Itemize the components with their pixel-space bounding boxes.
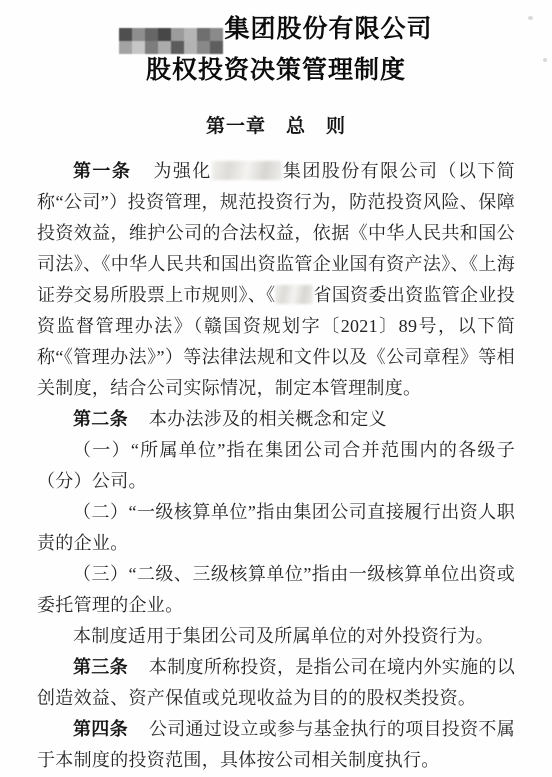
mosaic-cell [145,28,158,41]
paragraph: 第四条 公司通过设立或参与基金执行的项目投资不属于本制度的投资范围，具体按公司相… [37,714,515,776]
mosaic-cell [171,41,184,54]
mosaic-cell [210,28,223,41]
mosaic-cell [132,41,145,54]
paragraph: 第三条 本制度所称投资，是指公司在境内外实施的以创造效益、资产保值或兑现收益为目… [37,652,515,714]
mosaic-cell [119,41,132,54]
scan-artifact [543,58,547,62]
document-body: 第一条 为强化集团股份有限公司（以下简称“公司”）投资管理，规范投资行为，防范投… [37,156,515,776]
mosaic-cell [158,41,171,54]
article-number-label: 第二条 [73,409,128,429]
redaction-blur [275,285,313,304]
mosaic-cell [171,28,184,41]
paragraph: 第一条 为强化集团股份有限公司（以下简称“公司”）投资管理，规范投资行为，防范投… [37,156,515,404]
mosaic-cell [197,41,210,54]
mosaic-cell [145,41,158,54]
document-page: 集团股份有限公司 股权投资决策管理制度 第一章 总 则 第一条 为强化集团股份有… [0,0,552,777]
article-number-label: 第三条 [73,657,128,677]
doc-title-line1-text: 集团股份有限公司 [224,16,432,43]
mosaic-cell [184,41,197,54]
mosaic-cell [197,28,210,41]
text-run: 集团股份有限公司（以下简称“公司”）投资管理，规范投资行为，防范投资风险、保障投… [37,161,515,305]
chapter-heading: 第一章 总 则 [0,114,552,139]
doc-title-line2: 股权投资决策管理制度 [0,54,552,87]
paragraph: （一）“所属单位”指在集团公司合并范围内的各级子（分）公司。 [37,435,515,497]
paragraph: （三）“二级、三级核算单位”指由一级核算单位出资或委托管理的企业。 [37,559,515,621]
redaction-mosaic [119,28,223,54]
mosaic-cell [184,28,197,41]
paragraph: （二）“一级核算单位”指由集团公司直接履行出资人职责的企业。 [37,497,515,559]
article-number-label: 第一条 [73,161,131,181]
redaction-blur [212,161,282,180]
document-title: 集团股份有限公司 股权投资决策管理制度 [0,13,552,87]
mosaic-cell [210,41,223,54]
text-run: （一）“所属单位”指在集团公司合并范围内的各级子（分）公司。 [37,440,515,491]
text-run: （二）“一级核算单位”指由集团公司直接履行出资人职责的企业。 [37,502,515,553]
mosaic-cell [158,28,171,41]
text-run: 本办法涉及的相关概念和定义 [131,409,387,429]
mosaic-cell [119,28,132,41]
scan-artifact [528,16,533,20]
text-run: 为强化 [134,161,212,181]
text-run: 本制度适用于集团公司及所属单位的对外投资行为。 [73,626,494,646]
paragraph: 第二条 本办法涉及的相关概念和定义 [37,404,515,435]
paragraph: 本制度适用于集团公司及所属单位的对外投资行为。 [37,621,515,652]
article-number-label: 第四条 [73,719,128,739]
doc-title-line1: 集团股份有限公司 [0,13,552,54]
mosaic-cell [132,28,145,41]
text-run: （三）“二级、三级核算单位”指由一级核算单位出资或委托管理的企业。 [37,564,515,615]
